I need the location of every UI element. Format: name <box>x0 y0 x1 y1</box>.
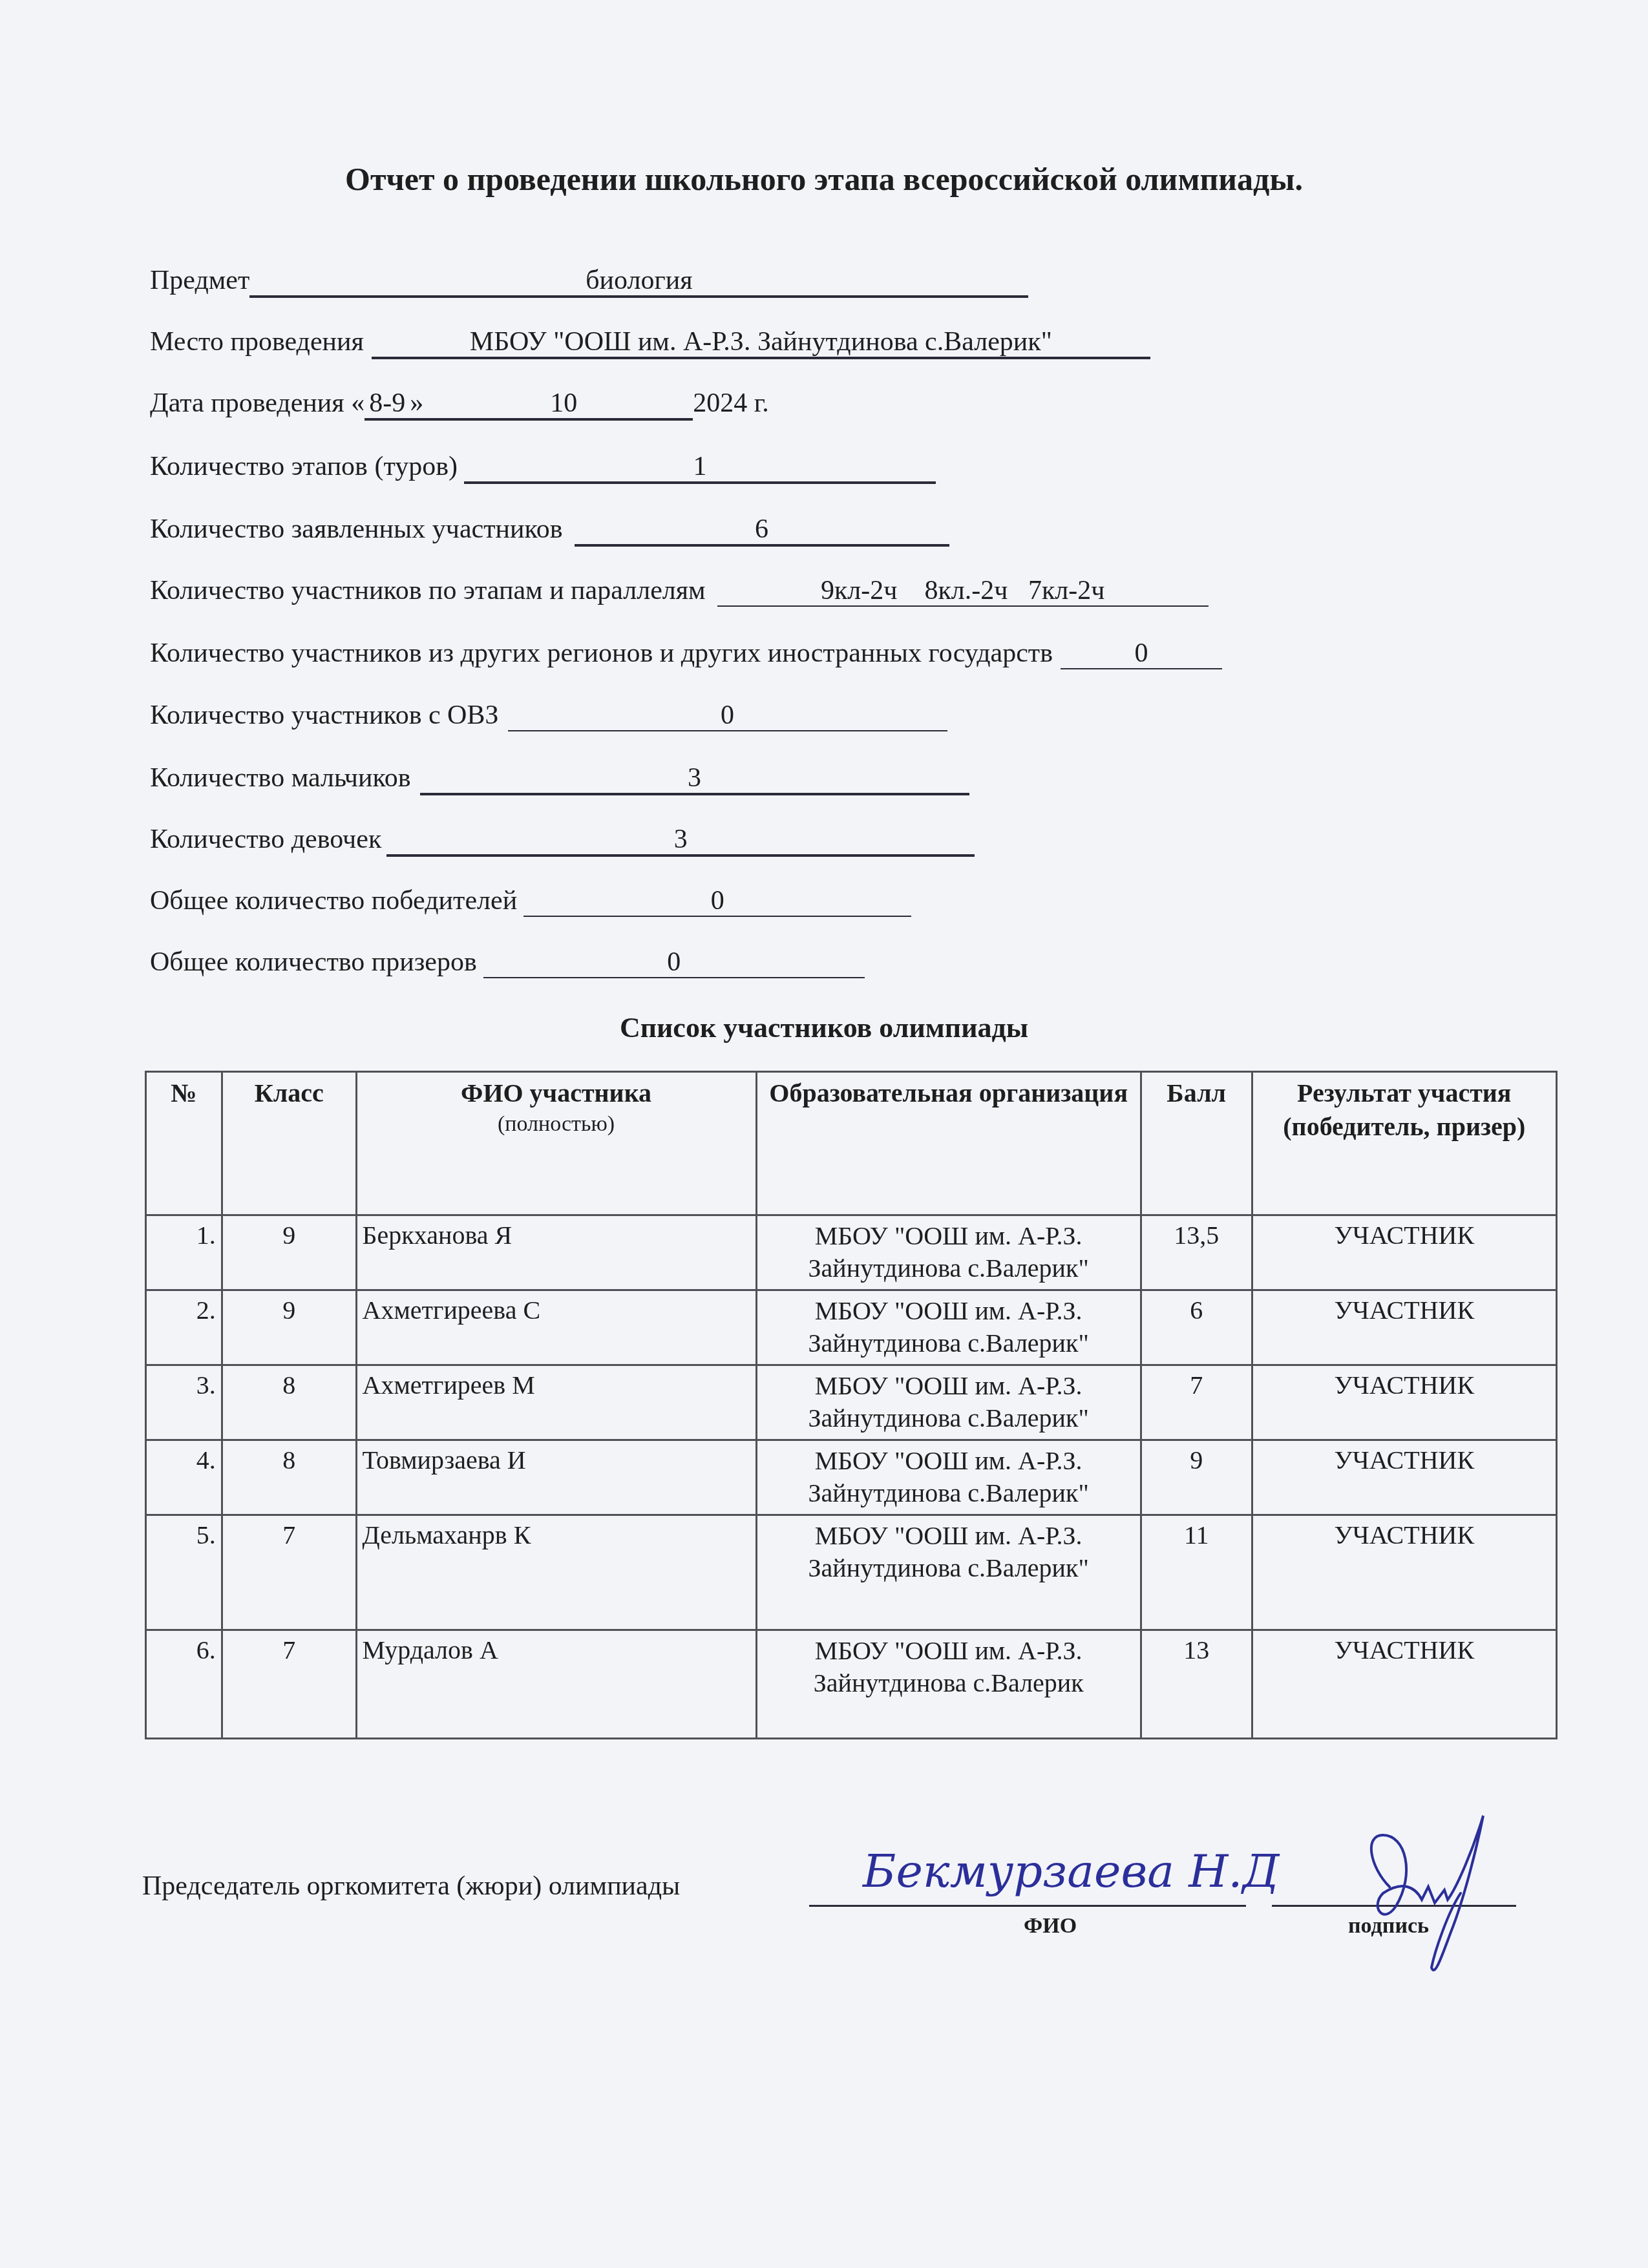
cell-org: МБОУ "ООШ им. А-Р.З. Зайнутдинова с.Вале… <box>756 1515 1141 1630</box>
cell-name: Беркханова Я <box>356 1215 756 1290</box>
table-row: 6. 7 Мурдалов А МБОУ "ООШ им. А-Р.З. Зай… <box>146 1630 1557 1739</box>
cell-score: 11 <box>1141 1515 1252 1630</box>
field-label: Количество участников по этапам и паралл… <box>150 575 706 606</box>
field-by-parallel: Количество участников по этапам и паралл… <box>150 575 1209 607</box>
cell-org: МБОУ "ООШ им. А-Р.З. Зайнутдинова с.Вале… <box>756 1365 1141 1440</box>
table-row: 2. 9 Ахметгиреева С МБОУ "ООШ им. А-Р.З.… <box>146 1290 1557 1365</box>
field-value: 3 <box>420 763 969 795</box>
field-value: биология <box>249 266 1028 298</box>
header-name-sub: (полностью) <box>363 1110 750 1139</box>
field-value: 0 <box>1061 638 1222 669</box>
header-score: Балл <box>1141 1072 1252 1215</box>
cell-org: МБОУ "ООШ им. А-Р.З. Зайнутдинова с.Вале… <box>756 1290 1141 1365</box>
field-value: 3 <box>386 824 975 857</box>
field-other-regions: Количество участников из других регионов… <box>150 638 1222 669</box>
field-declared-participants: Количество заявленных участников 6 <box>150 514 949 547</box>
field-date: Дата проведения « 8-9 » 10 2024 г. <box>150 388 769 421</box>
table-row: 4. 8 Товмирзаева И МБОУ "ООШ им. А-Р.З. … <box>146 1440 1557 1515</box>
cell-result: УЧАСТНИК <box>1252 1365 1556 1440</box>
header-num: № <box>146 1072 222 1215</box>
participants-list-title: Список участников олимпиады <box>0 1011 1648 1044</box>
cell-name: Дельмаханрв К <box>356 1515 756 1630</box>
header-grade: Класс <box>222 1072 356 1215</box>
cell-num: 6. <box>146 1630 222 1739</box>
field-label: Количество девочек <box>150 824 381 855</box>
field-label: Место проведения <box>150 326 364 357</box>
cell-num: 1. <box>146 1215 222 1290</box>
field-label: Общее количество победителей <box>150 885 517 916</box>
cell-org: МБОУ "ООШ им. А-Р.З. Зайнутдинова с.Вале… <box>756 1440 1141 1515</box>
date-month: 10 <box>434 388 693 421</box>
field-prizewinners: Общее количество призеров 0 <box>150 947 865 978</box>
field-value: 1 <box>464 452 936 484</box>
field-label: Дата проведения « <box>150 388 364 419</box>
field-stages: Количество этапов (туров) 1 <box>150 451 936 484</box>
table-row: 3. 8 Ахметгиреев М МБОУ "ООШ им. А-Р.З. … <box>146 1365 1557 1440</box>
cell-org: МБОУ "ООШ им. А-Р.З. Зайнутдинова с.Вале… <box>756 1630 1141 1739</box>
fio-line <box>809 1905 1246 1907</box>
field-girls: Количество девочек 3 <box>150 824 975 857</box>
table-row: 5. 7 Дельмаханрв К МБОУ "ООШ им. А-Р.З. … <box>146 1515 1557 1630</box>
handwritten-signature-icon <box>1344 1809 1538 1977</box>
cell-num: 4. <box>146 1440 222 1515</box>
cell-grade: 7 <box>222 1515 356 1630</box>
cell-grade: 8 <box>222 1440 356 1515</box>
header-name: ФИО участника (полностью) <box>356 1072 756 1215</box>
table-row: 1. 9 Беркханова Я МБОУ "ООШ им. А-Р.З. З… <box>146 1215 1557 1290</box>
field-value: 6 <box>575 514 949 547</box>
date-day: 8-9 <box>364 388 410 421</box>
cell-score: 13 <box>1141 1630 1252 1739</box>
cell-num: 3. <box>146 1365 222 1440</box>
field-subject: Предмет биология <box>150 265 1028 298</box>
page-title: Отчет о проведении школьного этапа всеро… <box>0 160 1648 198</box>
cell-score: 6 <box>1141 1290 1252 1365</box>
field-label: Общее количество призеров <box>150 947 477 978</box>
cell-result: УЧАСТНИК <box>1252 1290 1556 1365</box>
field-label: Количество заявленных участников <box>150 514 563 545</box>
header-name-label: ФИО участника <box>461 1078 651 1108</box>
field-value: 9кл-2ч 8кл.-2ч 7кл-2ч <box>717 576 1209 607</box>
field-label: Предмет <box>150 265 249 296</box>
cell-grade: 8 <box>222 1365 356 1440</box>
date-day-close: » <box>410 388 434 421</box>
chair-signature-label: Председатель оргкомитета (жюри) олимпиад… <box>142 1871 680 1902</box>
participants-table: № Класс ФИО участника (полностью) Образо… <box>145 1071 1558 1739</box>
field-label: Количество мальчиков <box>150 762 411 793</box>
field-venue: Место проведения МБОУ "ООШ им. А-Р.З. За… <box>150 326 1150 359</box>
cell-num: 2. <box>146 1290 222 1365</box>
field-boys: Количество мальчиков 3 <box>150 762 969 795</box>
cell-org: МБОУ "ООШ им. А-Р.З. Зайнутдинова с.Вале… <box>756 1215 1141 1290</box>
field-label: Количество этапов (туров) <box>150 451 458 482</box>
cell-name: Ахметгиреева С <box>356 1290 756 1365</box>
field-label: Количество участников с ОВЗ <box>150 700 499 731</box>
cell-score: 7 <box>1141 1365 1252 1440</box>
table-header-row: № Класс ФИО участника (полностью) Образо… <box>146 1072 1557 1215</box>
cell-grade: 7 <box>222 1630 356 1739</box>
cell-result: УЧАСТНИК <box>1252 1440 1556 1515</box>
cell-result: УЧАСТНИК <box>1252 1630 1556 1739</box>
field-value: 0 <box>508 700 947 731</box>
cell-grade: 9 <box>222 1215 356 1290</box>
fio-caption: ФИО <box>1024 1914 1077 1938</box>
handwritten-fio: Бекмурзаева Н.Д <box>863 1845 1279 1898</box>
date-year: 2024 г. <box>693 388 769 419</box>
field-label: Количество участников из других регионов… <box>150 638 1053 669</box>
cell-name: Товмирзаева И <box>356 1440 756 1515</box>
cell-name: Ахметгиреев М <box>356 1365 756 1440</box>
field-winners: Общее количество победителей 0 <box>150 885 911 917</box>
header-result: Результат участия (победитель, призер) <box>1252 1072 1556 1215</box>
field-value: 0 <box>483 947 865 978</box>
cell-grade: 9 <box>222 1290 356 1365</box>
cell-result: УЧАСТНИК <box>1252 1215 1556 1290</box>
cell-score: 13,5 <box>1141 1215 1252 1290</box>
header-org: Образовательная организация <box>756 1072 1141 1215</box>
field-ovz: Количество участников с ОВЗ 0 <box>150 700 947 731</box>
cell-num: 5. <box>146 1515 222 1630</box>
cell-name: Мурдалов А <box>356 1630 756 1739</box>
cell-score: 9 <box>1141 1440 1252 1515</box>
field-value: МБОУ "ООШ им. А-Р.З. Зайнутдинова с.Вале… <box>372 327 1150 359</box>
report-page: Отчет о проведении школьного этапа всеро… <box>0 0 1648 2268</box>
cell-result: УЧАСТНИК <box>1252 1515 1556 1630</box>
field-value: 0 <box>523 886 911 917</box>
